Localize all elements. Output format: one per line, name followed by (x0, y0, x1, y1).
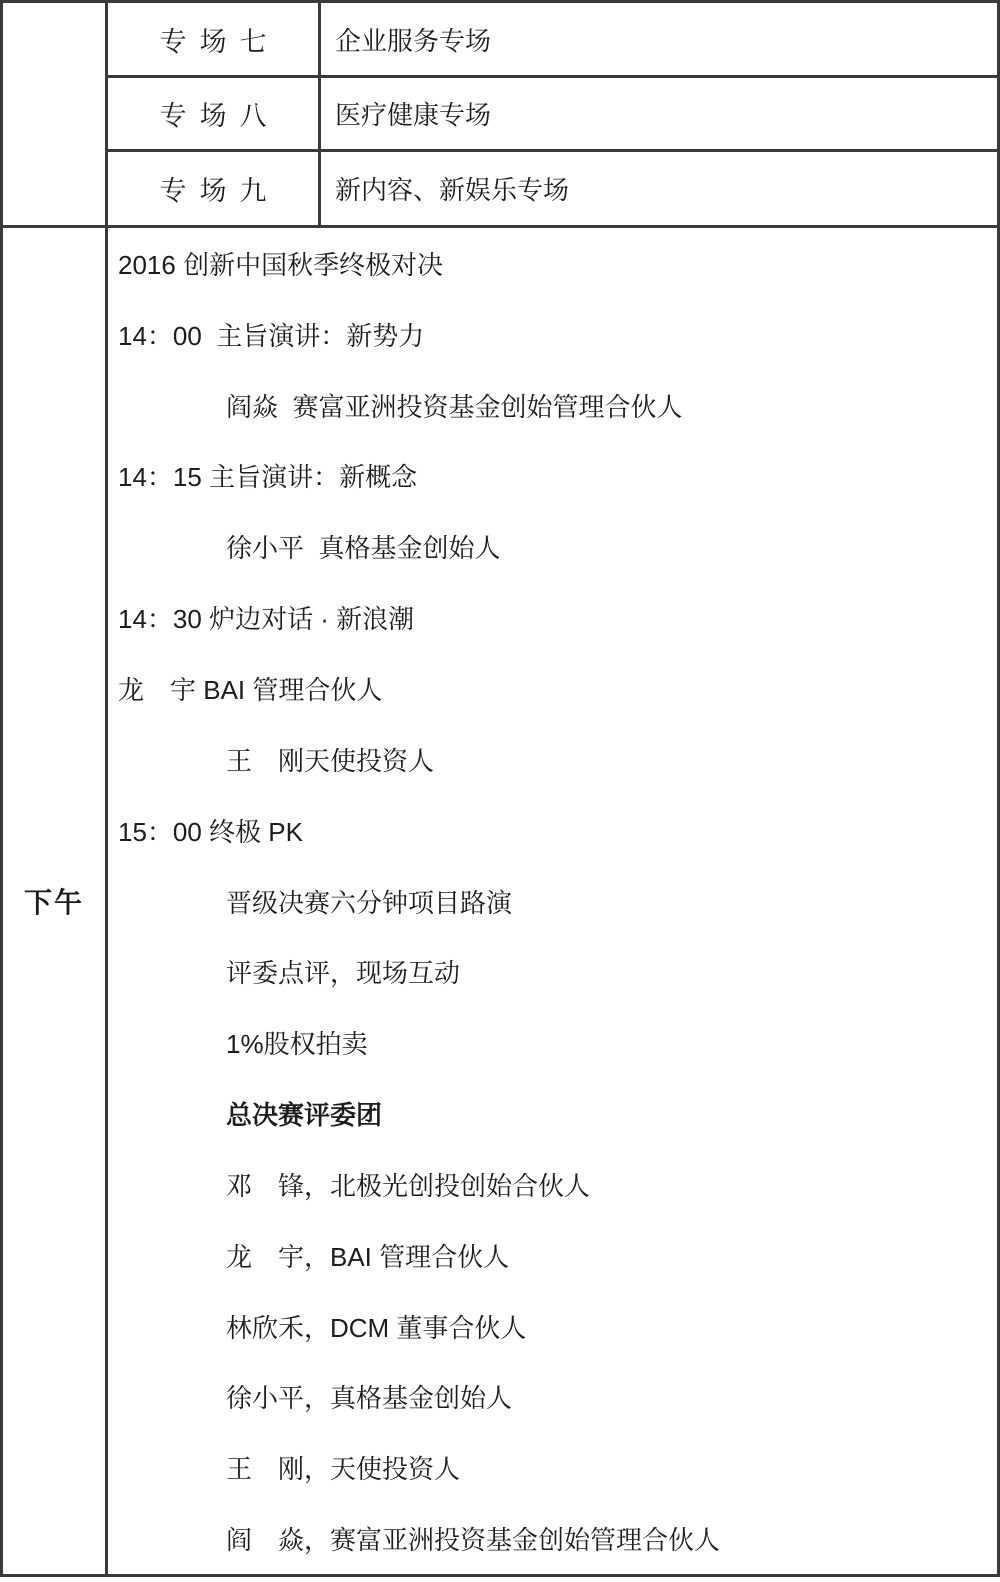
schedule-line: 评委点评，现场互动 (108, 936, 997, 1007)
session-title-cell: 企业服务专场 (321, 3, 997, 75)
schedule-line: 龙 宇 BAI 管理合伙人 (108, 653, 997, 724)
schedule-line: 龙 宇，BAI 管理合伙人 (108, 1220, 997, 1291)
table-border-bottom (0, 1574, 1000, 1577)
schedule-line: 14：30 炉边对话 · 新浪潮 (108, 582, 997, 653)
schedule-line: 邓 锋，北极光创投创始合伙人 (108, 1149, 997, 1220)
schedule-line: 阎焱 赛富亚洲投资基金创始管理合伙人 (108, 370, 997, 441)
schedule-line: 14：15 主旨演讲：新概念 (108, 441, 997, 512)
schedule-line: 王 刚，天使投资人 (108, 1432, 997, 1503)
agenda-document-page: 专场七 企业服务专场 专场八 医疗健康专场 专场九 新内容、新娱乐专场 下午 2… (0, 0, 1000, 1582)
schedule-line: 晋级决赛六分钟项目路演 (108, 866, 997, 937)
schedule-line: 徐小平，真格基金创始人 (108, 1362, 997, 1433)
schedule-line: 阎 焱，赛富亚洲投资基金创始管理合伙人 (108, 1503, 997, 1574)
schedule-line: 2016 创新中国秋季终极对决 (108, 228, 997, 299)
schedule-line: 林欣禾，DCM 董事合伙人 (108, 1291, 997, 1362)
schedule-line: 1%股权拍卖 (108, 1007, 997, 1078)
schedule-line: 王 刚天使投资人 (108, 724, 997, 795)
schedule-line: 徐小平 真格基金创始人 (108, 511, 997, 582)
schedule-line: 14：00 主旨演讲：新势力 (108, 299, 997, 370)
session-cell: 专场八 (108, 78, 318, 149)
session-cell: 专场九 (108, 152, 318, 225)
schedule-list: 2016 创新中国秋季终极对决14：00 主旨演讲：新势力阎焱 赛富亚洲投资基金… (108, 228, 997, 1574)
session-cell: 专场七 (108, 3, 318, 75)
session-title-cell: 新内容、新娱乐专场 (321, 152, 997, 225)
session-title-cell: 医疗健康专场 (321, 78, 997, 149)
schedule-line: 总决赛评委团 (108, 1078, 997, 1149)
schedule-line: 15：00 终极 PK (108, 795, 997, 866)
period-label: 下午 (3, 228, 105, 1574)
